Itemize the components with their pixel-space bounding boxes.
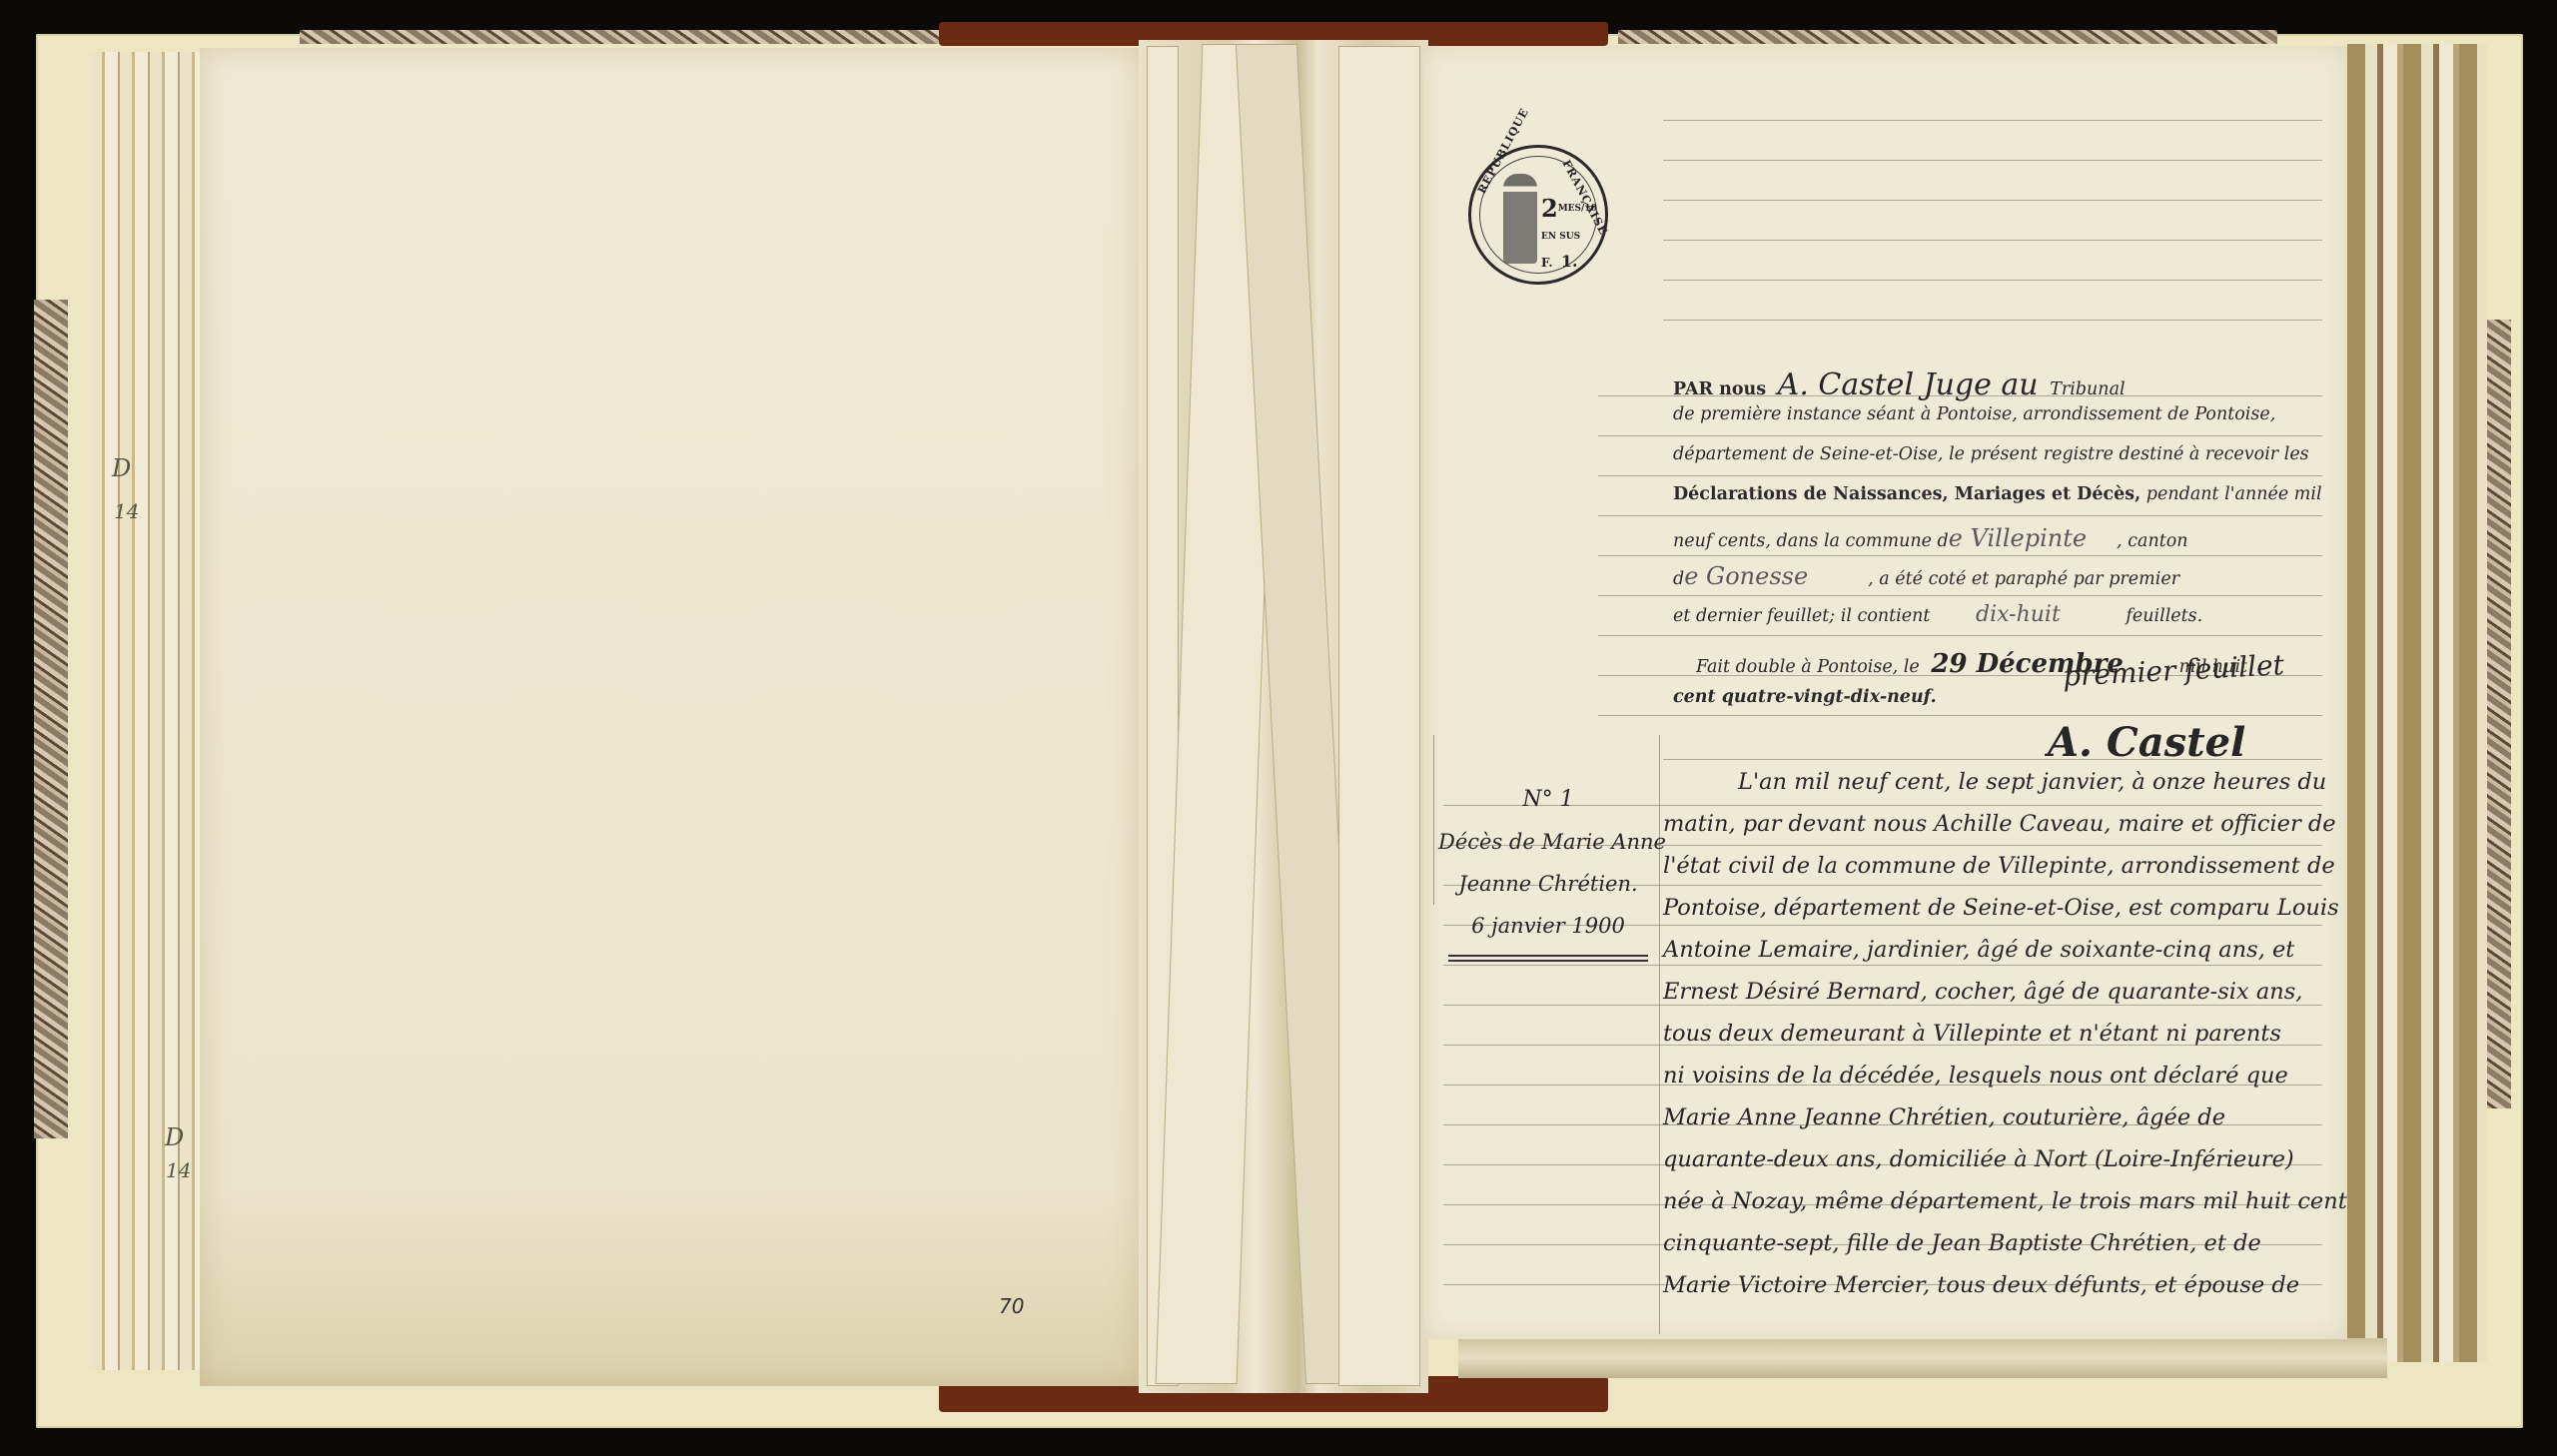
judge-signature: A. Castel bbox=[2048, 719, 2245, 766]
right-page-stack-bottom bbox=[1458, 1338, 2387, 1378]
stub-note: 14 bbox=[166, 1158, 191, 1182]
certification-line: cent quatre-vingt-dix-neuf. bbox=[1673, 687, 1937, 707]
certification-line: neuf cents, dans la commune de Villepint… bbox=[1673, 524, 2188, 552]
certification-line: département de Seine-et-Oise, le présent… bbox=[1673, 444, 2309, 464]
printed-text: , a été coté et paraphé par premier bbox=[1868, 569, 2179, 589]
printed-text: et dernier feuillet; il contient bbox=[1673, 606, 1930, 626]
entry-body-line: matin, par devant nous Achille Caveau, m… bbox=[1663, 811, 2336, 837]
handwritten-judge-name: A. Castel Juge au bbox=[1778, 367, 2039, 402]
handwritten-commune: e Villepinte bbox=[1949, 524, 2087, 552]
printed-text: d bbox=[1673, 569, 1684, 589]
entry-body-line: née à Nozay, même département, le trois … bbox=[1663, 1188, 2347, 1214]
printed-text: PAR nous bbox=[1673, 379, 1766, 399]
certification-line: Déclarations de Naissances, Mariages et … bbox=[1673, 484, 2322, 504]
certification-line: de Gonesse, a été coté et paraphé par pr… bbox=[1673, 562, 2179, 590]
entry-title-line1: Décès de Marie Anne bbox=[1438, 821, 1658, 863]
entry-margin-double-rule bbox=[1448, 955, 1648, 962]
stamp-value: 2MES/10 EN SUS F. 1. bbox=[1541, 198, 1597, 274]
entry-body-line: quarante-deux ans, domiciliée à Nort (Lo… bbox=[1663, 1146, 2294, 1172]
entry-title-line2: Jeanne Chrétien. bbox=[1438, 863, 1658, 905]
entry-body-line: Ernest Désiré Bernard, cocher, âgé de qu… bbox=[1663, 979, 2302, 1005]
stamp-value-line3: F. bbox=[1541, 256, 1553, 270]
left-page-blank bbox=[200, 48, 1139, 1386]
tax-stamp: RÉPUBLIQUE FRANÇAISE 2MES/10 EN SUS F. 1… bbox=[1468, 145, 1608, 285]
stub-note: 14 bbox=[114, 499, 139, 523]
stamp-value-line2: EN SUS bbox=[1541, 232, 1580, 242]
entry-margin: N° 1 Décès de Marie Anne Jeanne Chrétien… bbox=[1438, 779, 1658, 962]
stamp-value-fraction: MES/10 bbox=[1558, 204, 1597, 214]
marbled-board-top-right bbox=[1618, 30, 2277, 44]
entry-body-line: cinquante-sept, fille de Jean Baptiste C… bbox=[1663, 1230, 2261, 1256]
right-page-stack-edges bbox=[2347, 44, 2487, 1362]
entry-body-line: Antoine Lemaire, jardinier, âgé de soixa… bbox=[1663, 937, 2294, 963]
entry-body-line: Marie Anne Jeanne Chrétien, couturière, … bbox=[1663, 1104, 2225, 1130]
left-page-stack-edges bbox=[90, 52, 210, 1370]
printed-text: Déclarations de Naissances, Mariages et … bbox=[1673, 484, 2140, 504]
stamp-value-line4: 1. bbox=[1561, 252, 1578, 271]
entry-body-line: tous deux demeurant à Villepinte et n'ét… bbox=[1663, 1021, 2281, 1047]
entry-body-line: ni voisins de la décédée, lesquels nous … bbox=[1663, 1063, 2288, 1089]
entry-body-line: Pontoise, département de Seine-et-Oise, … bbox=[1663, 895, 2339, 921]
stub-note: D bbox=[165, 1123, 184, 1151]
printed-text: neuf cents, dans la commune d bbox=[1673, 531, 1949, 551]
certification-line: de première instance séant à Pontoise, a… bbox=[1673, 404, 2275, 424]
folded-stub bbox=[1338, 46, 1420, 1386]
stamp-value-main: 2 bbox=[1541, 194, 1558, 223]
stub-note: D bbox=[112, 454, 131, 482]
page-number: 70 bbox=[999, 1294, 1024, 1318]
printed-text: Fait double à Pontoise, le bbox=[1696, 657, 1920, 677]
certification-line: et dernier feuillet; il contient dix-hui… bbox=[1673, 602, 2202, 627]
printed-text: Tribunal bbox=[2050, 379, 2125, 399]
entry-date: 6 janvier 1900 bbox=[1438, 905, 1658, 947]
entry-body-line: L'an mil neuf cent, le sept janvier, à o… bbox=[1738, 769, 2326, 795]
printed-text: pendant l'année mil bbox=[2146, 484, 2322, 504]
handwritten-leaf-count: dix-huit bbox=[1976, 602, 2061, 627]
justice-figure-icon bbox=[1503, 174, 1537, 264]
marbled-cover-left bbox=[34, 300, 68, 1138]
entry-number: N° 1 bbox=[1438, 779, 1658, 821]
entry-body-line: Marie Victoire Mercier, tous deux défunt… bbox=[1663, 1272, 2299, 1298]
printed-text: feuillets. bbox=[2126, 606, 2202, 626]
certification-line: PAR nous A. Castel Juge au Tribunal bbox=[1673, 367, 2126, 402]
entry-body-line: l'état civil de la commune de Villepinte… bbox=[1663, 853, 2335, 879]
handwritten-canton: e Gonesse bbox=[1684, 562, 1808, 590]
printed-text: , canton bbox=[2117, 531, 2187, 551]
marbled-board-top-left bbox=[300, 30, 959, 44]
